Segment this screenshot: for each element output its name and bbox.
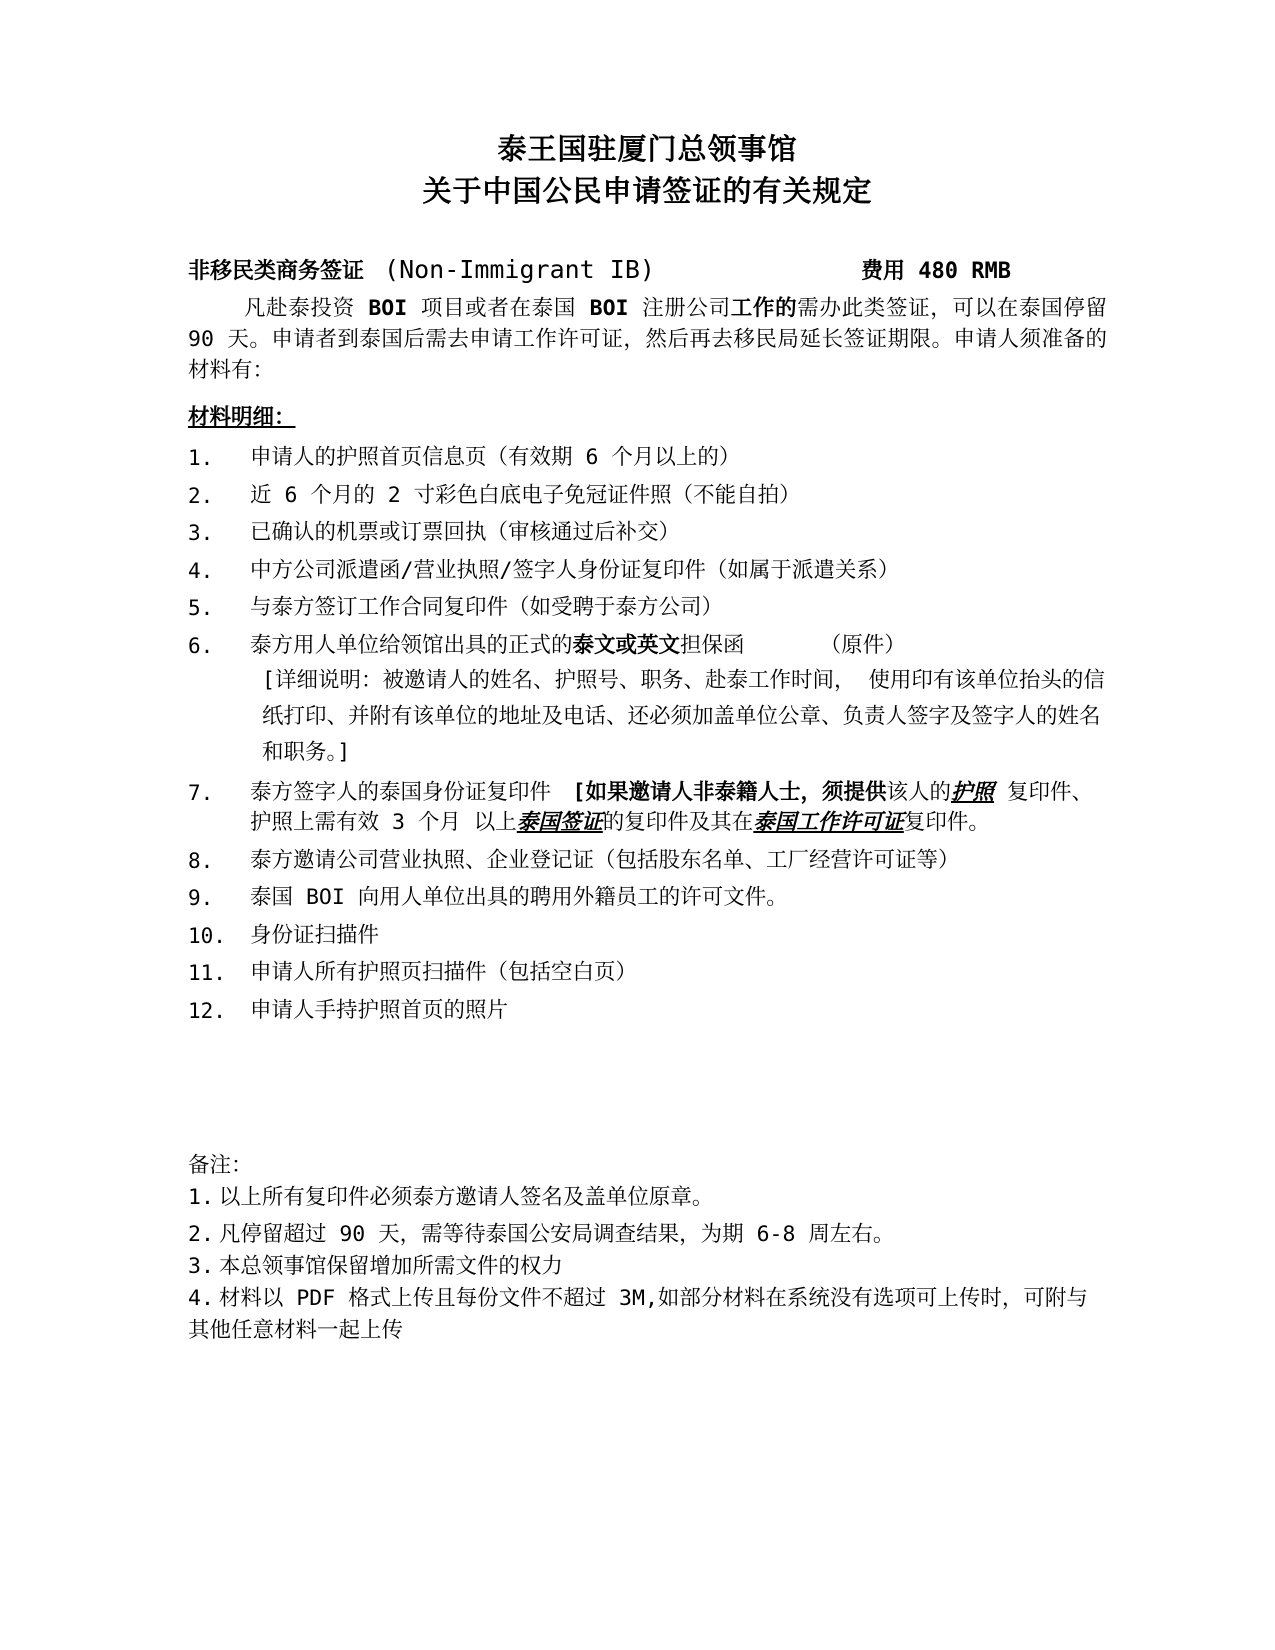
list-item: 11.申请人所有护照页扫描件（包括空白页） [188,958,1107,988]
text-run: 泰国 BOI 向用人单位出具的聘用外籍员工的许可文件。 [250,885,788,910]
list-item-text: 近 6 个月的 2 寸彩色白底电子免冠证件照（不能自拍） [250,481,1107,511]
text-run: 护照 [951,780,994,805]
text-run: 申请人手持护照首页的照片 [250,998,508,1023]
text-run: （原件） [745,633,906,658]
list-item: 8.泰方邀请公司营业执照、企业登记证（包括股东名单、工厂经营许可证等） [188,846,1107,876]
visa-section-header: 非移民类商务签证 (Non-Immigrant IB) 费用 480 RMB [188,254,1107,285]
text-run: 中方公司派遣函/营业执照/签字人身份证复印件（如属于派遣关系） [250,558,899,583]
text-run: 泰国工作许可证 [753,810,904,835]
text-run: 申请人的护照首页信息页（有效期 6 个月以上的） [250,445,740,470]
notes-heading: 备注： [188,1150,1107,1182]
list-item-number: 2. [188,481,250,511]
notes-section: 备注： 1.以上所有复印件必须泰方邀请人签名及盖单位原章。2.凡停留超过 90 … [188,1150,1107,1347]
text-run: BOI [590,296,629,321]
note-line: 2.凡停留超过 90 天，需等待泰国公安局调查结果，为期 6-8 周左右。 [188,1219,1107,1251]
visa-type-label: 非移民类商务签证 [188,254,364,285]
list-item-text: 申请人手持护照首页的照片 [250,996,1107,1026]
document-content: 泰王国驻厦门总领事馆 关于中国公民申请签证的有关规定 非移民类商务签证 (Non… [188,128,1107,1347]
text-run: BOI [368,296,407,321]
list-item-number: 4. [188,556,250,586]
list-item: 2.近 6 个月的 2 寸彩色白底电子免冠证件照（不能自拍） [188,481,1107,511]
text-run: 已确认的机票或订票回执（审核通过后补交） [250,520,680,545]
list-item-number: 9. [188,883,250,913]
list-item-text: 泰方签字人的泰国身份证复印件 [如果邀请人非泰籍人士，须提供该人的护照 复印件、… [250,778,1107,838]
list-item-text: 身份证扫描件 [250,921,1107,951]
list-item-number: 12. [188,996,250,1026]
list-item: 7.泰方签字人的泰国身份证复印件 [如果邀请人非泰籍人士，须提供该人的护照 复印… [188,778,1107,838]
note-number: 3. [188,1254,214,1279]
list-item-text: 泰方用人单位给领馆出具的正式的泰文或英文担保函 （原件）[详细说明：被邀请人的姓… [250,631,1107,771]
list-item-detail: [详细说明：被邀请人的姓名、护照号、职务、赴泰工作时间， 使用印有该单位抬头的信… [250,663,1107,771]
notes-list: 1.以上所有复印件必须泰方邀请人签名及盖单位原章。2.凡停留超过 90 天，需等… [188,1182,1107,1347]
text-run: 工作的 [731,296,798,321]
text-run: 担保函 [680,633,745,658]
text-run: 注册公司 [628,296,730,321]
text-run: 与泰方签订工作合同复印件（如受聘于泰方公司） [250,595,723,620]
document-title-line2: 关于中国公民申请签证的有关规定 [188,170,1107,212]
text-run: 泰方签字人的泰国身份证复印件 [250,780,573,805]
document-page: 泰王国驻厦门总领事馆 关于中国公民申请签证的有关规定 非移民类商务签证 (Non… [0,0,1275,1650]
text-run: 的复印件及其在 [603,810,754,835]
note-text: 材料以 PDF 格式上传且每份文件不超过 3M,如部分材料在系统没有选项可上传时… [188,1286,1088,1343]
materials-heading: 材料明细： [188,403,1107,433]
list-item-number: 5. [188,593,250,623]
note-number: 4. [188,1286,214,1311]
materials-heading-text: 材料明细： [188,405,296,430]
note-line: 1.以上所有复印件必须泰方邀请人签名及盖单位原章。 [188,1182,1107,1214]
document-title-line1: 泰王国驻厦门总领事馆 [188,128,1107,170]
list-item: 4.中方公司派遣函/营业执照/签字人身份证复印件（如属于派遣关系） [188,556,1107,586]
text-run: 项目或者在泰国 [407,296,589,321]
text-run: 身份证扫描件 [250,923,379,948]
list-item-text: 已确认的机票或订票回执（审核通过后补交） [250,518,1107,548]
materials-list: 1.申请人的护照首页信息页（有效期 6 个月以上的）2.近 6 个月的 2 寸彩… [188,443,1107,1026]
list-item: 5.与泰方签订工作合同复印件（如受聘于泰方公司） [188,593,1107,623]
list-item-number: 7. [188,778,250,838]
list-item: 9.泰国 BOI 向用人单位出具的聘用外籍员工的许可文件。 [188,883,1107,913]
note-number: 1. [188,1185,214,1210]
note-text: 凡停留超过 90 天，需等待泰国公安局调查结果，为期 6-8 周左右。 [219,1222,895,1247]
list-item-number: 10. [188,921,250,951]
text-run: 近 6 个月的 2 寸彩色白底电子免冠证件照（不能自拍） [250,483,801,508]
text-run: 泰方用人单位给领馆出具的正式的 [250,633,573,658]
text-run: 申请人所有护照页扫描件（包括空白页） [250,960,637,985]
list-item-number: 8. [188,846,250,876]
visa-fee: 费用 480 RMB [861,254,1011,285]
note-number: 2. [188,1222,214,1247]
list-item-text: 申请人所有护照页扫描件（包括空白页） [250,958,1107,988]
list-item-number: 11. [188,958,250,988]
text-run: 该人的 [886,780,951,805]
note-line: 3.本总领事馆保留增加所需文件的权力 [188,1251,1107,1283]
note-text: 本总领事馆保留增加所需文件的权力 [219,1254,563,1279]
text-run: 复印件。 [904,810,990,835]
text-run: 泰文或英文 [573,633,681,658]
list-item: 10.身份证扫描件 [188,921,1107,951]
text-run: 凡赴泰投资 [244,296,368,321]
intro-paragraph: 凡赴泰投资 BOI 项目或者在泰国 BOI 注册公司工作的需办此类签证，可以在泰… [188,293,1107,386]
list-item-text: 泰方邀请公司营业执照、企业登记证（包括股东名单、工厂经营许可证等） [250,846,1107,876]
list-item-text: 中方公司派遣函/营业执照/签字人身份证复印件（如属于派遣关系） [250,556,1107,586]
list-item-number: 3. [188,518,250,548]
note-line: 4.材料以 PDF 格式上传且每份文件不超过 3M,如部分材料在系统没有选项可上… [188,1283,1107,1347]
note-text: 以上所有复印件必须泰方邀请人签名及盖单位原章。 [219,1185,714,1210]
list-item: 3.已确认的机票或订票回执（审核通过后补交） [188,518,1107,548]
list-item-text: 与泰方签订工作合同复印件（如受聘于泰方公司） [250,593,1107,623]
list-item: 1.申请人的护照首页信息页（有效期 6 个月以上的） [188,443,1107,473]
list-item-number: 6. [188,631,250,771]
visa-type-english: (Non-Immigrant IB) [384,255,655,284]
text-run: [如果邀请人非泰籍人士，须提供 [573,780,887,805]
list-item-number: 1. [188,443,250,473]
list-item-text: 泰国 BOI 向用人单位出具的聘用外籍员工的许可文件。 [250,883,1107,913]
list-item-text: 申请人的护照首页信息页（有效期 6 个月以上的） [250,443,1107,473]
list-item: 12.申请人手持护照首页的照片 [188,996,1107,1026]
list-item: 6.泰方用人单位给领馆出具的正式的泰文或英文担保函 （原件）[详细说明：被邀请人… [188,631,1107,771]
text-run: 泰方邀请公司营业执照、企业登记证（包括股东名单、工厂经营许可证等） [250,848,960,873]
text-run: 泰国签证 [517,810,603,835]
